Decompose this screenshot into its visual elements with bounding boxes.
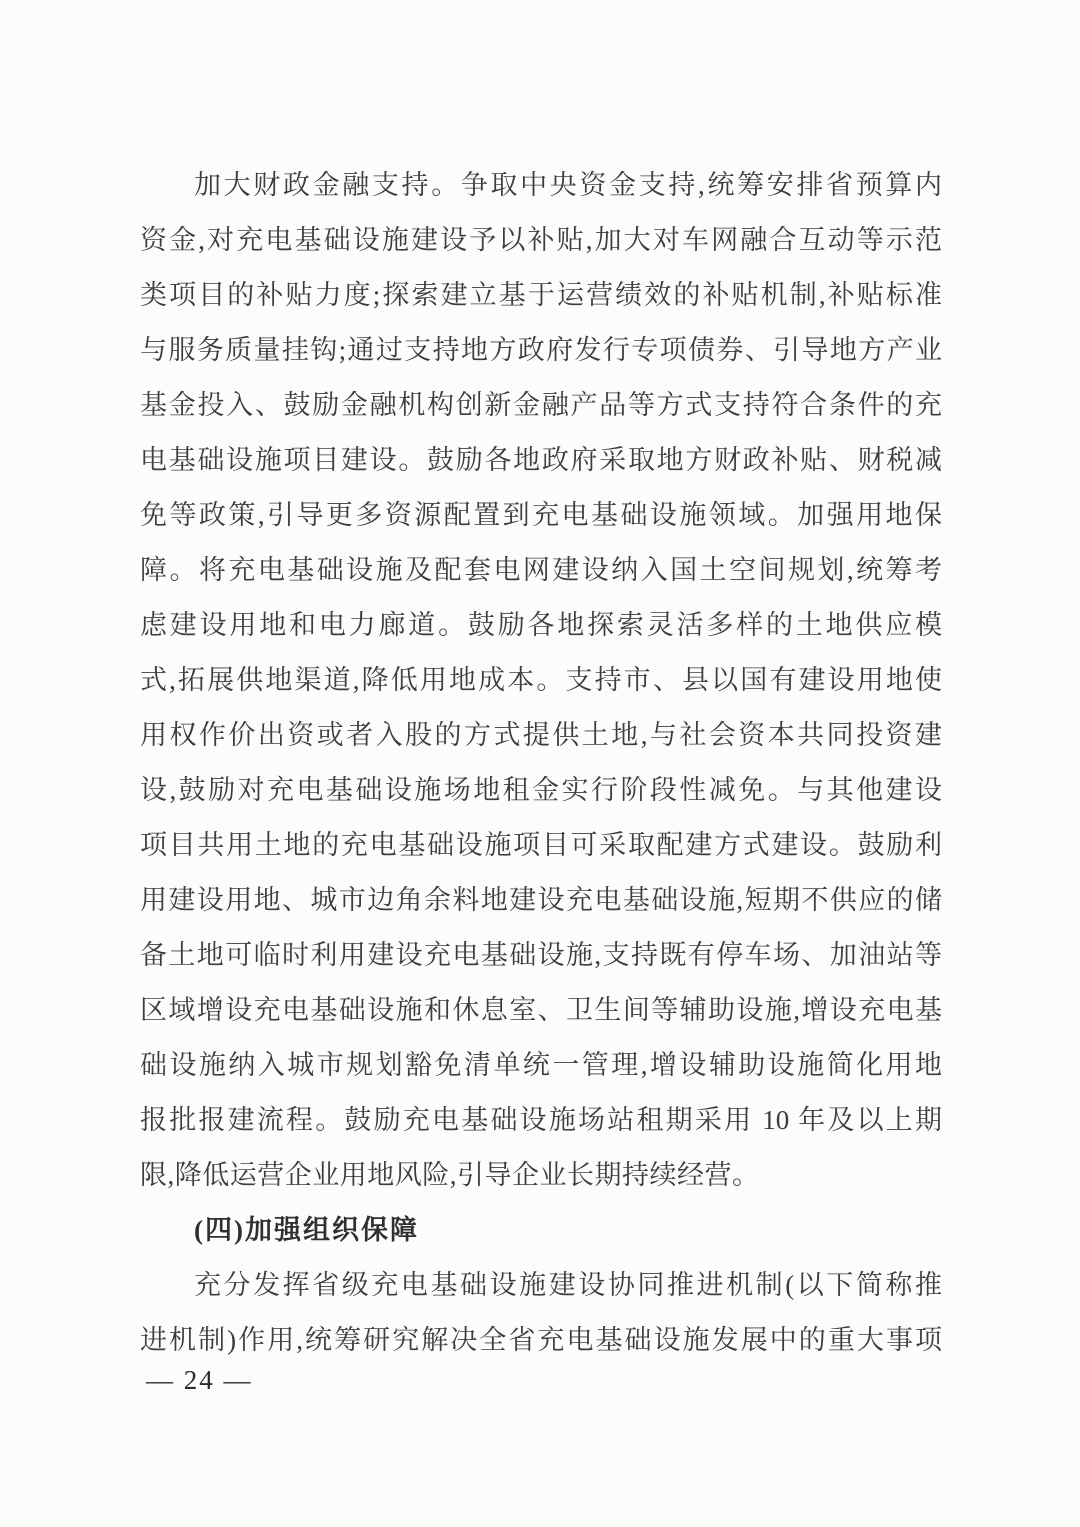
text-line: 资金,对充电基础设施建设予以补贴,加大对车网融合互动等示范 <box>140 213 942 268</box>
text-line: 充分发挥省级充电基础设施建设协同推进机制(以下简称推 <box>140 1258 942 1313</box>
text-line: 用建设用地、城市边角余料地建设充电基础设施,短期不供应的储 <box>140 873 942 928</box>
text-line: 障。将充电基础设施及配套电网建设纳入国土空间规划,统筹考 <box>140 543 942 598</box>
text-line: 式,拓展供地渠道,降低用地成本。支持市、县以国有建设用地使 <box>140 653 942 708</box>
section-heading: (四)加强组织保障 <box>140 1203 942 1258</box>
text-line: 限,降低运营企业用地风险,引导企业长期持续经营。 <box>140 1148 942 1203</box>
text-line: 区域增设充电基础设施和休息室、卫生间等辅助设施,增设充电基 <box>140 983 942 1038</box>
text-line: 基金投入、鼓励金融机构创新金融产品等方式支持符合条件的充 <box>140 378 942 433</box>
document-page: 加大财政金融支持。争取中央资金支持,统筹安排省预算内资金,对充电基础设施建设予以… <box>0 0 1080 1527</box>
text-line: 项目共用土地的充电基础设施项目可采取配建方式建设。鼓励利 <box>140 818 942 873</box>
text-line: 础设施纳入城市规划豁免清单统一管理,增设辅助设施简化用地 <box>140 1038 942 1093</box>
text-line: 进机制)作用,统筹研究解决全省充电基础设施发展中的重大事项 <box>140 1313 942 1368</box>
text-line: 类项目的补贴力度;探索建立基于运营绩效的补贴机制,补贴标准 <box>140 268 942 323</box>
text-line: 电基础设施项目建设。鼓励各地政府采取地方财政补贴、财税减 <box>140 433 942 488</box>
text-line: 虑建设用地和电力廊道。鼓励各地探索灵活多样的土地供应模 <box>140 598 942 653</box>
text-line: 备土地可临时利用建设充电基础设施,支持既有停车场、加油站等 <box>140 928 942 983</box>
document-body: 加大财政金融支持。争取中央资金支持,统筹安排省预算内资金,对充电基础设施建设予以… <box>140 158 942 1368</box>
text-line: 设,鼓励对充电基础设施场地租金实行阶段性减免。与其他建设 <box>140 763 942 818</box>
text-line: 加大财政金融支持。争取中央资金支持,统筹安排省预算内 <box>140 158 942 213</box>
text-line: 用权作价出资或者入股的方式提供土地,与社会资本共同投资建 <box>140 708 942 763</box>
text-line: 免等政策,引导更多资源配置到充电基础设施领域。加强用地保 <box>140 488 942 543</box>
text-line: 与服务质量挂钩;通过支持地方政府发行专项债券、引导地方产业 <box>140 323 942 378</box>
page-number: — 24 — <box>146 1358 253 1402</box>
text-line: 报批报建流程。鼓励充电基础设施场站租期采用 10 年及以上期 <box>140 1093 942 1148</box>
